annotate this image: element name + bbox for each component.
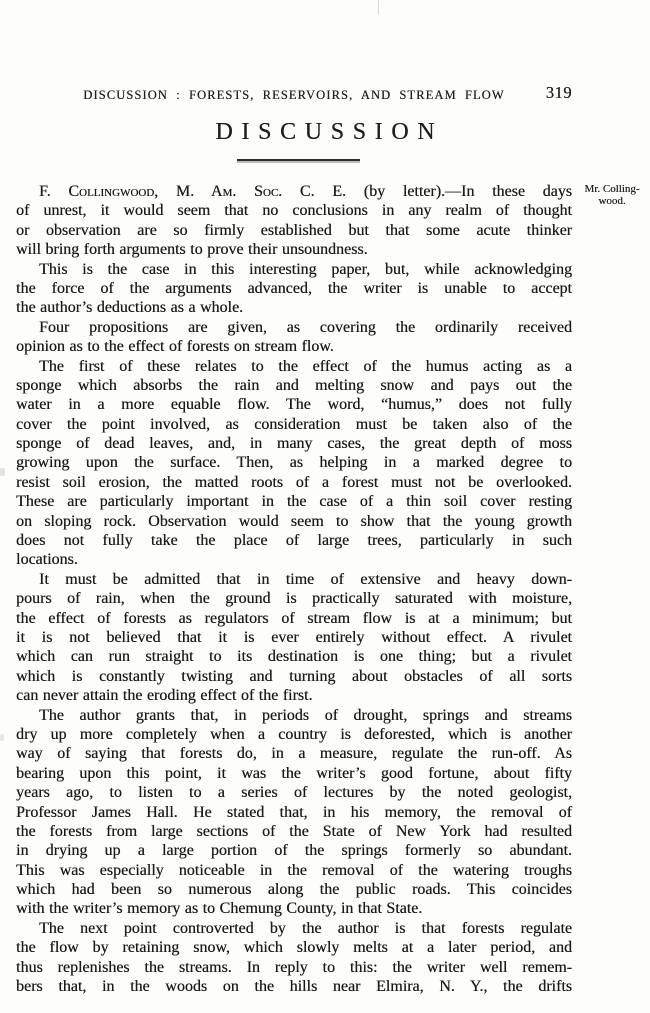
margin-note: Mr. Colling- wood. — [576, 183, 648, 207]
text-line: growing upon the surface. Then, as helpi… — [16, 453, 572, 472]
text-line: The next point controverted by the autho… — [16, 919, 572, 938]
page-number: 319 — [546, 84, 572, 102]
text-line: which had been so numerous along the pub… — [16, 880, 572, 899]
text-line: the flow by retaining snow, which slowly… — [16, 938, 572, 957]
text-line: The first of these relates to the effect… — [16, 357, 572, 376]
text-line: This is the case in this interesting pap… — [16, 260, 572, 279]
small-caps-name: F. Collingwood, M. Am. Soc. C. E. — [39, 183, 346, 200]
text-line: it is not believed that it is ever entir… — [16, 628, 572, 647]
text-line: cover the point involved, as considerati… — [16, 415, 572, 434]
text-line: resist soil erosion, the matted roots of… — [16, 473, 572, 492]
text-line: does not fully take the place of large t… — [16, 531, 572, 550]
scanned-book-page: DISCUSSION : FORESTS, RESERVOIRS, AND ST… — [0, 0, 650, 1013]
scan-artifact — [378, 0, 379, 14]
text-line: the effect of forests as regulators of s… — [16, 609, 572, 628]
text-line: thus replenishes the streams. In reply t… — [16, 958, 572, 977]
text-line: the author’s deductions as a whole. — [16, 298, 572, 317]
text-line: will bring forth arguments to prove thei… — [16, 240, 572, 259]
text-line: It must be admitted that in time of exte… — [16, 570, 572, 589]
text-line: the forests from large sections of the S… — [16, 822, 572, 841]
text-line: bers that, in the woods on the hills nea… — [16, 977, 572, 996]
text-line: on sloping rock. Observation would seem … — [16, 512, 572, 531]
text-line: in drying up a large portion of the spri… — [16, 841, 572, 860]
text-line: pours of rain, when the ground is practi… — [16, 589, 572, 608]
margin-note-line: wood. — [576, 195, 648, 207]
text-line: bearing upon this point, it was the writ… — [16, 764, 572, 783]
running-head: DISCUSSION : FORESTS, RESERVOIRS, AND ST… — [16, 86, 572, 104]
text-line: F. Collingwood, M. Am. Soc. C. E. (by le… — [16, 182, 572, 201]
scan-artifact — [0, 734, 4, 741]
text-line: or observation are so firmly established… — [16, 221, 572, 240]
text-line: opinion as to the effect of forests on s… — [16, 337, 572, 356]
text-line: The author grants that, in periods of dr… — [16, 706, 572, 725]
margin-note-line: Mr. Colling- — [576, 183, 648, 195]
text-line: dry up more completely when a country is… — [16, 725, 572, 744]
text-line: locations. — [16, 550, 572, 569]
text-line: the force of the arguments advanced, the… — [16, 279, 572, 298]
scan-artifact — [0, 468, 5, 476]
text-line: can never attain the eroding effect of t… — [16, 686, 572, 705]
text-line: which can run straight to its destinatio… — [16, 647, 572, 666]
text-line: which is constantly twisting and turning… — [16, 667, 572, 686]
text-line: way of saying that forests do, in a meas… — [16, 744, 572, 763]
text-line: of unrest, it would seem that no conclus… — [16, 201, 572, 220]
text-line: sponge of dead leaves, and, in many case… — [16, 434, 572, 453]
body-text: F. Collingwood, M. Am. Soc. C. E. (by le… — [16, 182, 572, 996]
text-line: Professor James Hall. He stated that, in… — [16, 803, 572, 822]
text-line: sponge which absorbs the rain and meltin… — [16, 376, 572, 395]
text-line: water in a more equable flow. The word, … — [16, 395, 572, 414]
title-rule — [237, 159, 360, 161]
section-title: DISCUSSION — [0, 119, 650, 146]
text-line: Four propositions are given, as covering… — [16, 318, 572, 337]
text-line: years ago, to listen to a series of lect… — [16, 783, 572, 802]
text-line: These are particularly important in the … — [16, 492, 572, 511]
text-line: This was especially noticeable in the re… — [16, 861, 572, 880]
text-line: with the writer’s memory as to Chemung C… — [16, 899, 572, 918]
running-head-title: DISCUSSION : FORESTS, RESERVOIRS, AND ST… — [83, 88, 504, 102]
